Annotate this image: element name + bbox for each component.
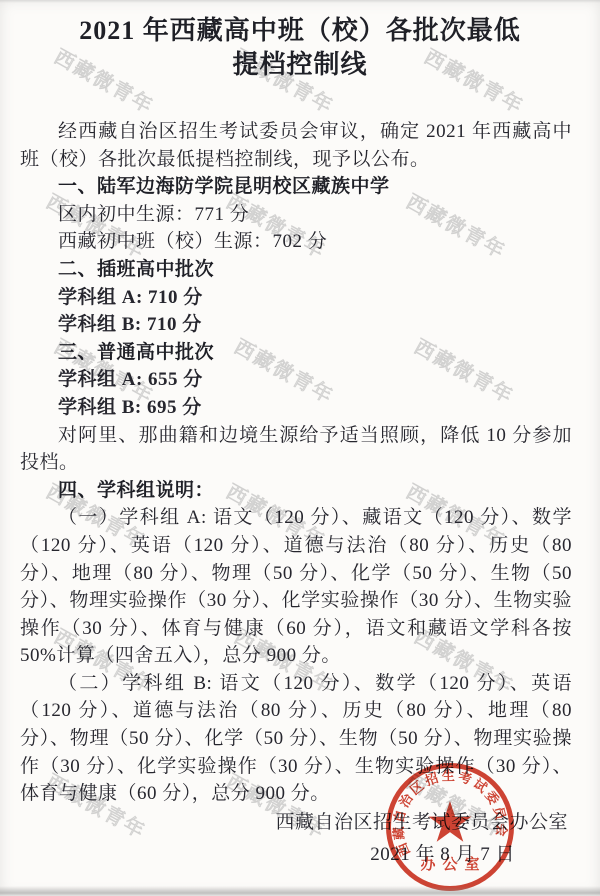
scanned-document-page: 西藏微青年西藏微青年西藏微青年西藏微青年西藏微青年西藏微青年西藏微青年西藏微青年…: [0, 0, 600, 896]
text-line: 学科组 A: 655 分: [20, 366, 572, 394]
section-heading: 四、学科组说明：: [20, 477, 572, 505]
text-line: 西藏初中班（校）生源：702 分: [20, 228, 572, 256]
section-heading: 三、普通高中批次: [20, 339, 572, 367]
text-line: 学科组 B: 695 分: [20, 394, 572, 422]
text-line: 区内初中生源：771 分: [20, 201, 572, 229]
text-line: 学科组 A: 710 分: [20, 284, 572, 312]
text-line: 学科组 B: 710 分: [20, 311, 572, 339]
section-heading: 一、陆军边海防学院昆明校区藏族中学: [20, 173, 572, 201]
text-line: 经西藏自治区招生考试委员会审议，确定 2021 年西藏高中班（校）各批次最低提档…: [20, 118, 572, 173]
seal-bottom-text: 办公室: [391, 853, 509, 874]
document-body: 经西藏自治区招生考试委员会审议，确定 2021 年西藏高中班（校）各批次最低提档…: [20, 118, 572, 808]
official-seal: 西藏自治区招生考试委员会 ★ 办公室: [386, 763, 514, 891]
star-icon: ★: [425, 796, 475, 852]
document-title: 2021 年西藏高中班（校）各批次最低 提档控制线: [0, 14, 600, 82]
document-title-line2: 提档控制线: [0, 48, 600, 82]
document-title-line1: 2021 年西藏高中班（校）各批次最低: [0, 14, 600, 48]
text-line: 对阿里、那曲籍和边境生源给予适当照顾，降低 10 分参加投档。: [20, 422, 572, 477]
section-heading: 二、插班高中批次: [20, 256, 572, 284]
text-line: （一）学科组 A: 语文（120 分）、藏语文（120 分）、数学（120 分）…: [20, 504, 572, 670]
